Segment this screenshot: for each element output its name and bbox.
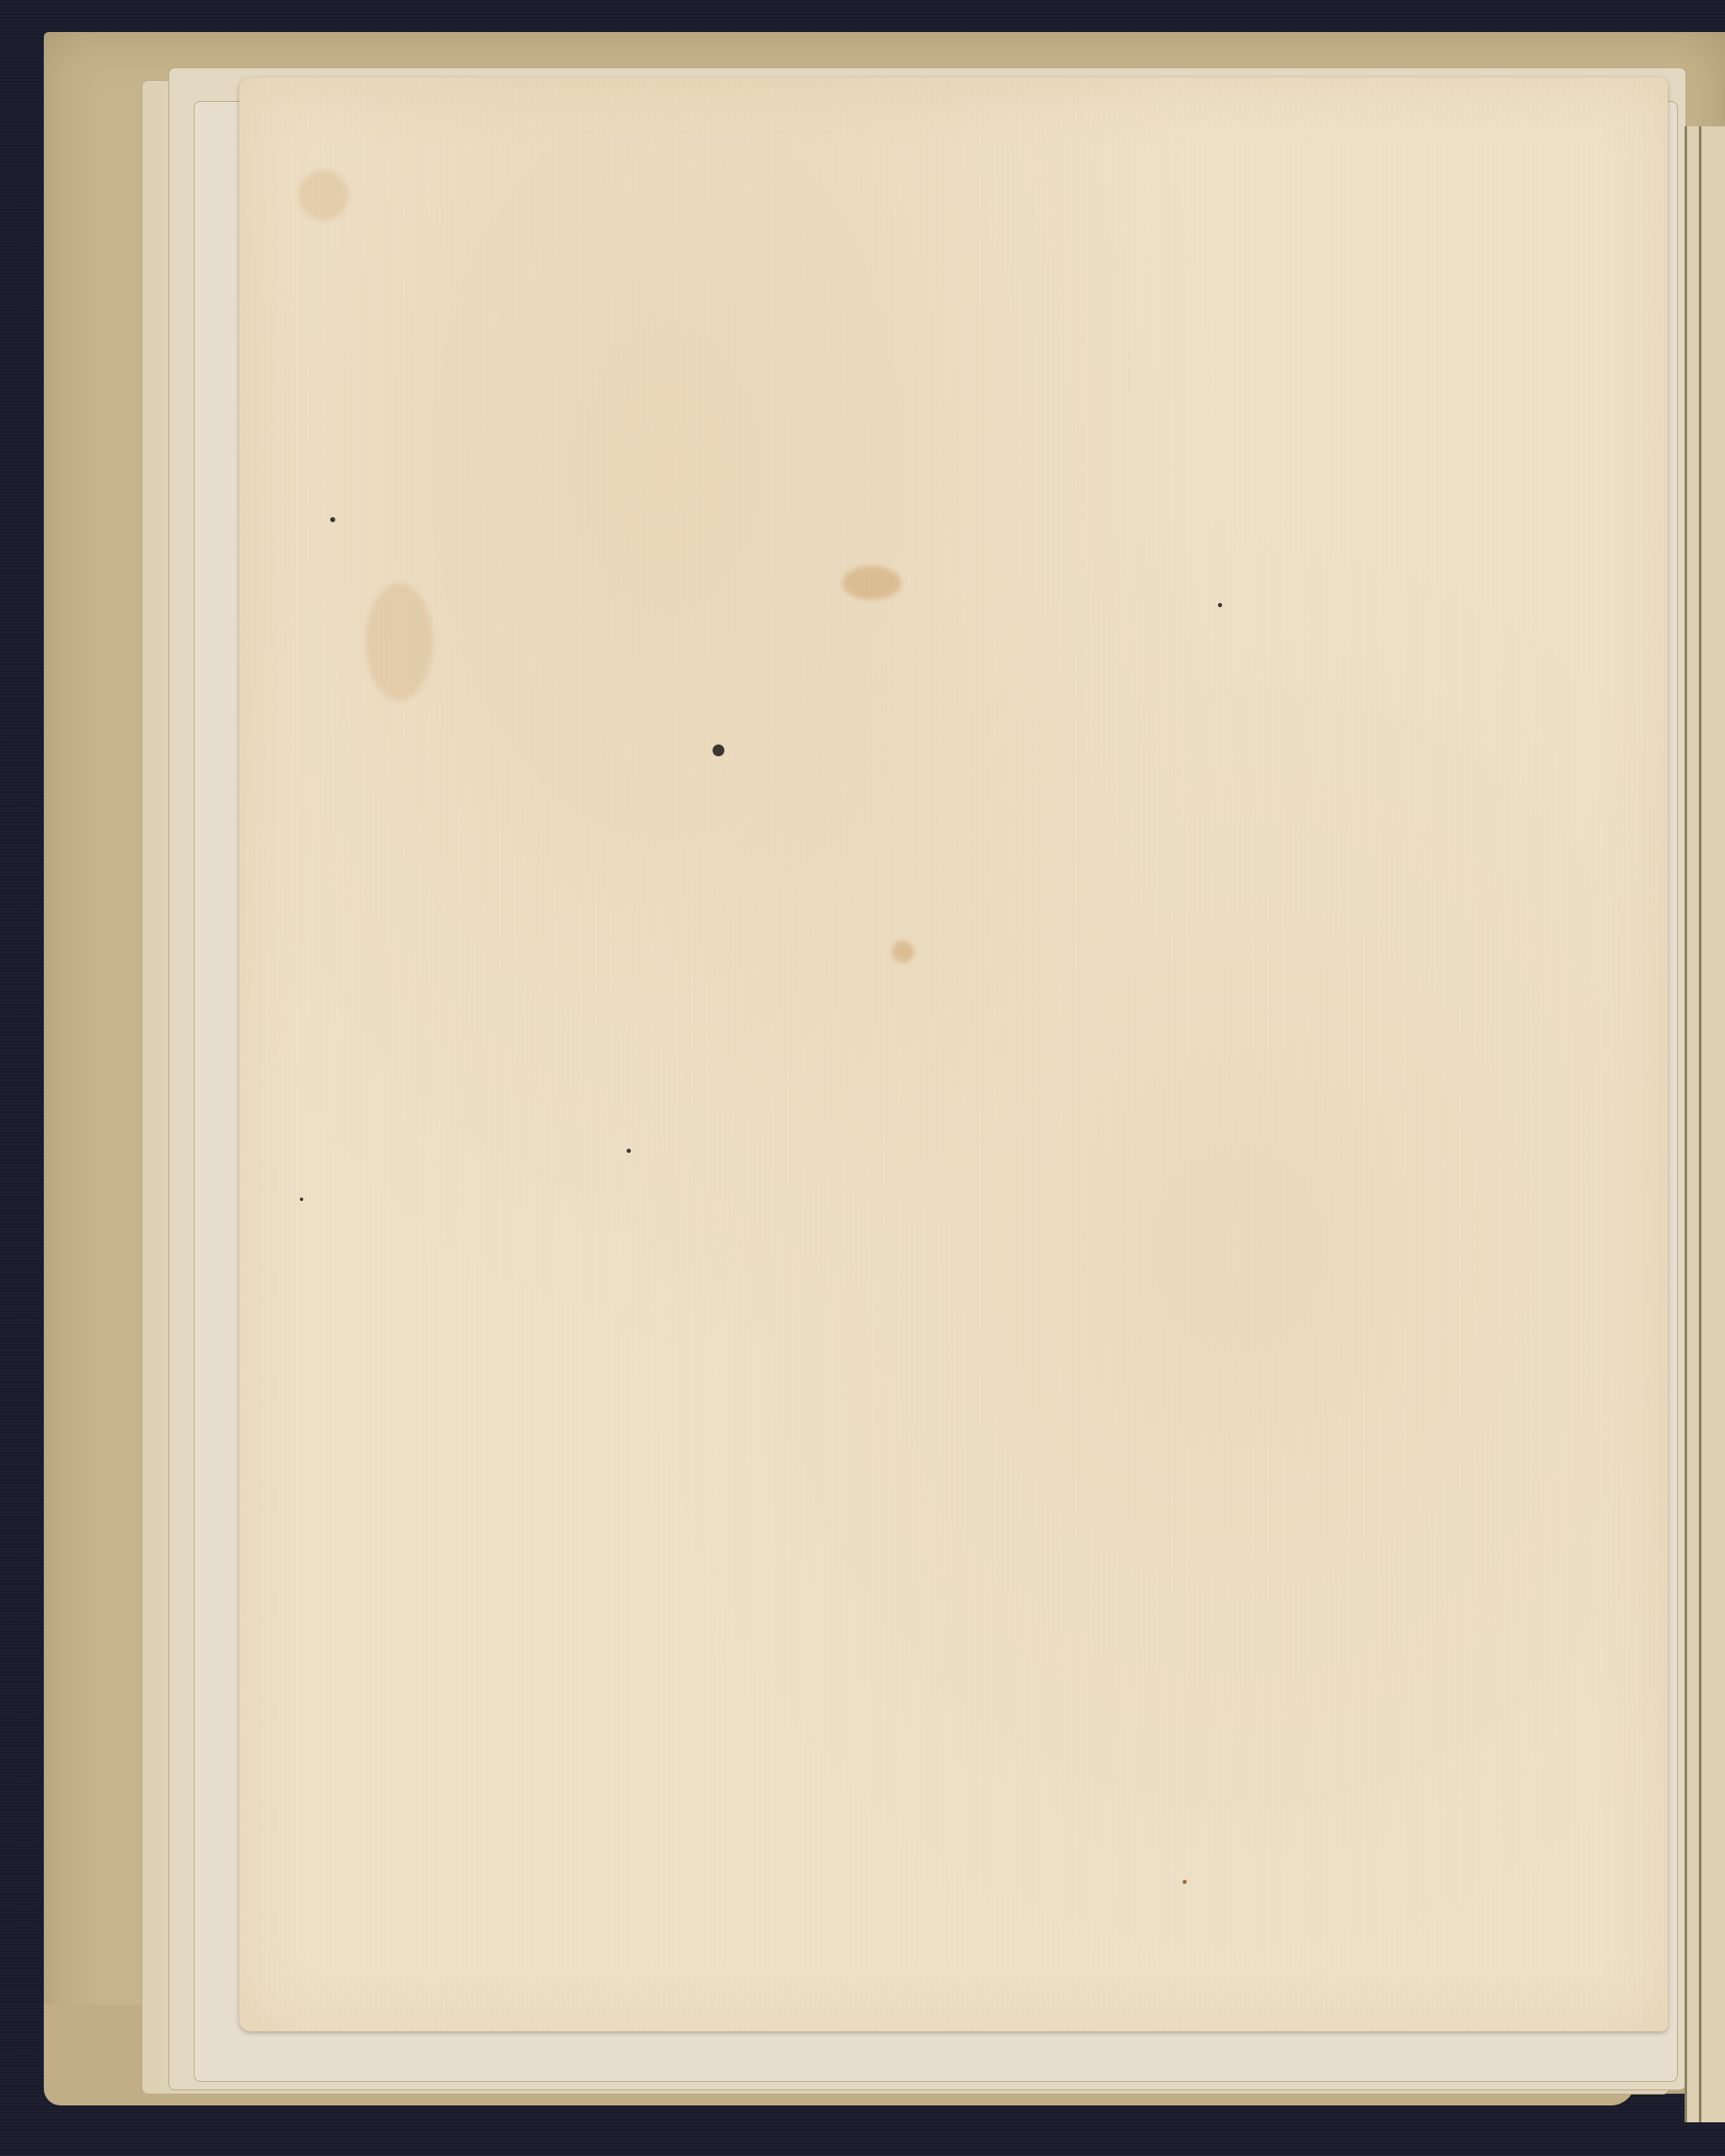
- speck: [300, 1198, 303, 1201]
- foxing-stain: [892, 941, 914, 963]
- speck: [1183, 1880, 1187, 1884]
- adjacent-page-edge: [1685, 126, 1725, 2122]
- foxing-stain: [842, 566, 901, 600]
- speck: [330, 517, 335, 522]
- speck: [627, 1149, 631, 1153]
- foxing-stain: [366, 583, 433, 701]
- speck: [1218, 603, 1222, 607]
- blank-manuscript-page: [239, 77, 1668, 2031]
- foxing-stain: [298, 170, 349, 221]
- ink-dot: [713, 744, 724, 756]
